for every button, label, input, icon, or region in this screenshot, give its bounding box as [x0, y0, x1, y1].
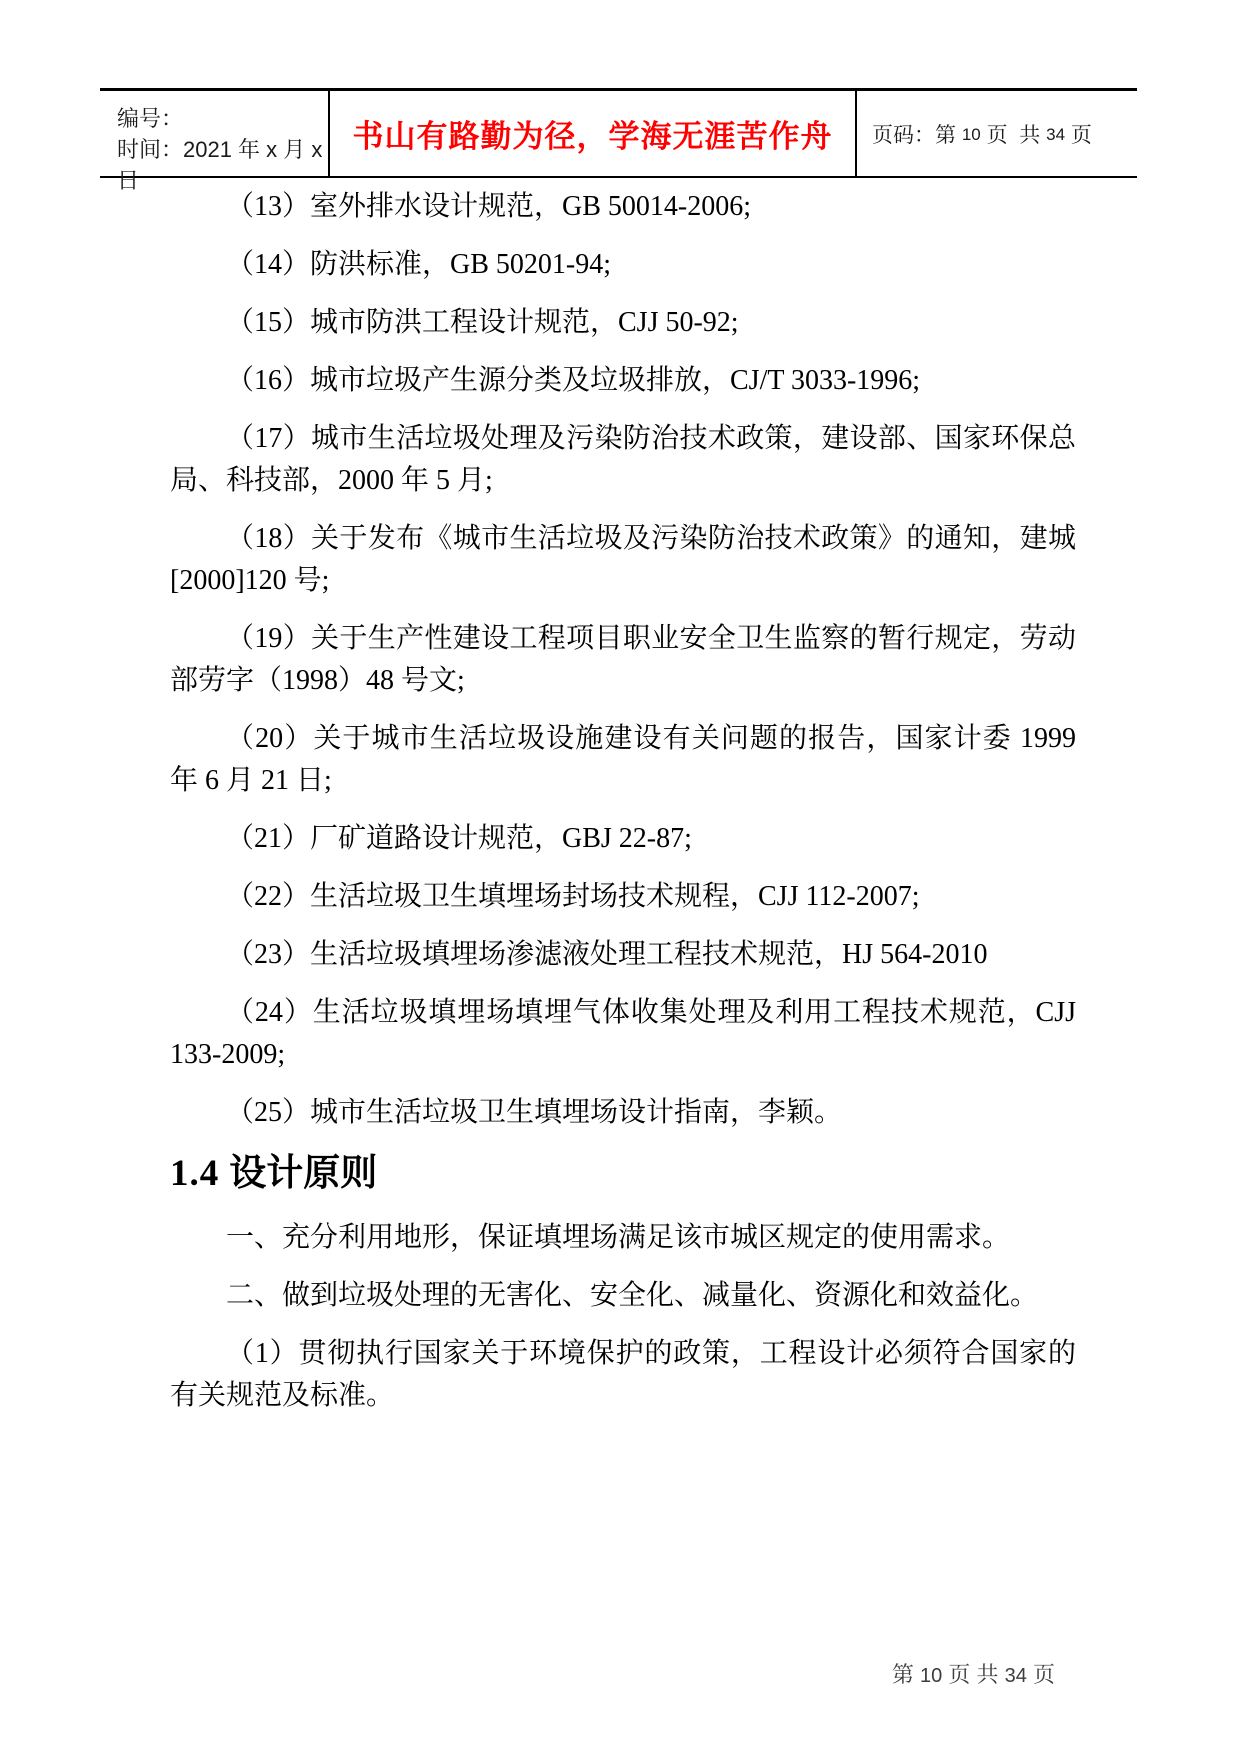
page-info-label: 页码：第 [872, 119, 962, 149]
reference-item-20: （20）关于城市生活垃圾设施建设有关问题的报告，国家计委 1999 年 6 月 … [170, 718, 1076, 802]
page-info-suffix: 页 [1065, 119, 1092, 149]
document-body: （13）室外排水设计规范，GB 50014-2006; （14）防洪标准，GB … [170, 186, 1076, 1433]
header-page-info-cell: 页码：第 10 页 共 34 页 [857, 91, 1137, 176]
section-heading-text: 设计原则 [229, 1152, 377, 1193]
page-footer: 第 10 页 共 34 页 [880, 1632, 1055, 1689]
reference-item-15: （15）城市防洪工程设计规范，CJJ 50-92; [170, 302, 1076, 344]
reference-item-25: （25）城市生活垃圾卫生填埋场设计指南，李颖。 [170, 1092, 1076, 1134]
page-info-current: 10 [962, 125, 981, 145]
page-info-mid: 页 共 [981, 119, 1046, 149]
header-number-date-cell: 编号： 时间：2021 年 x 月 x 日 [100, 91, 330, 176]
reference-item-24: （24）生活垃圾填埋场填埋气体收集处理及利用工程技术规范，CJJ 133-200… [170, 992, 1076, 1076]
header-slogan-cell: 书山有路勤为径，学海无涯苦作舟 [330, 91, 857, 176]
principle-item-3: （1）贯彻执行国家关于环境保护的政策，工程设计必须符合国家的有关规范及标准。 [170, 1333, 1076, 1417]
reference-item-23: （23）生活垃圾填埋场渗滤液处理工程技术规范，HJ 564-2010 [170, 934, 1076, 976]
document-page: { "header": { "left_line1": "编号：", "left… [0, 0, 1241, 1754]
document-number-label: 编号： [117, 103, 328, 134]
principle-item-2: 二、做到垃圾处理的无害化、安全化、减量化、资源化和效益化。 [170, 1275, 1076, 1317]
footer-suffix: 页 [1027, 1662, 1055, 1687]
header-slogan: 书山有路勤为径，学海无涯苦作舟 [353, 111, 833, 156]
section-heading: 1.4设计原则 [170, 1150, 1076, 1197]
footer-mid: 页 共 [942, 1662, 1004, 1687]
reference-item-17: （17）城市生活垃圾处理及污染防治技术政策，建设部、国家环保总局、科技部，200… [170, 418, 1076, 502]
reference-item-19: （19）关于生产性建设工程项目职业安全卫生监察的暂行规定，劳动部劳字（1998）… [170, 618, 1076, 702]
reference-item-18: （18）关于发布《城市生活垃圾及污染防治技术政策》的通知，建城[2000]120… [170, 518, 1076, 602]
section-heading-number: 1.4 [170, 1153, 219, 1194]
reference-item-21: （21）厂矿道路设计规范，GBJ 22-87; [170, 818, 1076, 860]
reference-item-14: （14）防洪标准，GB 50201-94; [170, 244, 1076, 286]
footer-total-pages: 34 [1005, 1665, 1027, 1687]
page-header-table: 编号： 时间：2021 年 x 月 x 日 书山有路勤为径，学海无涯苦作舟 页码… [100, 88, 1137, 178]
reference-item-22: （22）生活垃圾卫生填埋场封场技术规程，CJJ 112-2007; [170, 876, 1076, 918]
reference-item-13: （13）室外排水设计规范，GB 50014-2006; [170, 186, 1076, 228]
principle-item-1: 一、充分利用地形，保证填埋场满足该市城区规定的使用需求。 [170, 1217, 1076, 1259]
footer-page-number: 10 [920, 1665, 942, 1687]
footer-prefix: 第 [892, 1662, 920, 1687]
reference-item-16: （16）城市垃圾产生源分类及垃圾排放，CJ/T 3033-1996; [170, 360, 1076, 402]
page-info-total: 34 [1046, 125, 1065, 145]
